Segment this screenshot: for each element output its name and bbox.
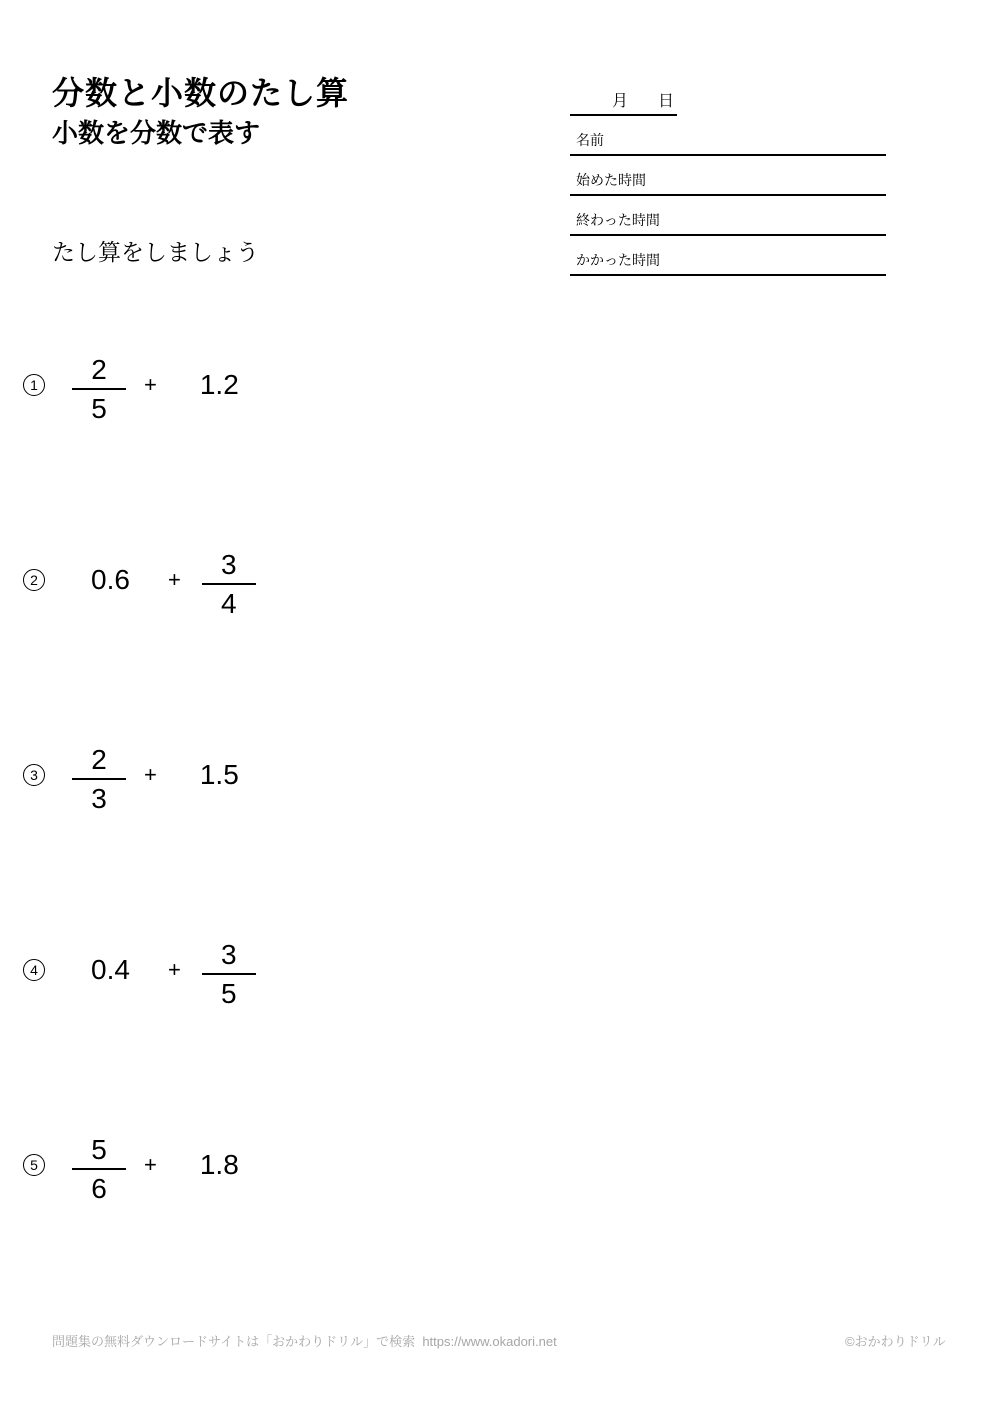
problem-number: 3: [30, 768, 38, 782]
fraction-denominator: 5: [202, 973, 256, 1008]
problem-number: 1: [30, 378, 38, 392]
name-field: 名前: [570, 116, 886, 156]
problem-number: 2: [30, 573, 38, 587]
end-time-label: 終わった時間: [576, 213, 660, 227]
fraction-denominator: 4: [202, 583, 256, 618]
fraction-operand: 2 5: [72, 356, 126, 423]
name-form: 月 日 名前 始めた時間 終わった時間 かかった時間: [570, 86, 886, 276]
decimal-operand: 1.8: [200, 1151, 239, 1179]
fraction-numerator: 5: [72, 1136, 126, 1168]
plus-operator: +: [144, 764, 157, 786]
elapsed-time-field: かかった時間: [570, 236, 886, 276]
name-field-label: 名前: [576, 133, 604, 147]
problem-row-3: 3 2 3 + 1.5: [0, 740, 239, 810]
fraction-operand: 2 3: [72, 746, 126, 813]
page-title: 分数と小数のたし算: [52, 76, 349, 111]
plus-operator: +: [168, 959, 181, 981]
fraction-operand: 5 6: [72, 1136, 126, 1203]
elapsed-time-label: かかった時間: [576, 253, 660, 267]
month-label: 月: [612, 94, 628, 110]
problem-number: 5: [30, 1158, 38, 1172]
fraction-numerator: 3: [202, 551, 256, 583]
fraction-numerator: 2: [72, 746, 126, 778]
plus-operator: +: [144, 1154, 157, 1176]
problem-number-badge: 5: [23, 1154, 45, 1176]
instruction-text: たし算をしましょう: [52, 239, 259, 267]
problem-number-badge: 4: [23, 959, 45, 981]
date-field: 月 日: [570, 86, 677, 116]
plus-operator: +: [168, 569, 181, 591]
start-time-label: 始めた時間: [576, 173, 646, 187]
footer-copyright: ©おかわりドリル: [845, 1334, 946, 1350]
fraction-operand: 3 5: [202, 941, 256, 1008]
decimal-operand: 1.5: [200, 761, 239, 789]
fraction-operand: 3 4: [202, 551, 256, 618]
decimal-operand: 0.6: [91, 566, 130, 594]
problem-number: 4: [30, 963, 38, 977]
worksheet-page: 分数と小数のたし算 小数を分数で表す 月 日 名前 始めた時間 終わった時間 か…: [0, 0, 1000, 1415]
problem-row-5: 5 5 6 + 1.8: [0, 1130, 239, 1200]
problem-row-1: 1 2 5 + 1.2: [0, 350, 239, 420]
problem-row-4: 4 0.4 + 3 5: [0, 935, 256, 1005]
fraction-denominator: 3: [72, 778, 126, 813]
problem-number-badge: 3: [23, 764, 45, 786]
plus-operator: +: [144, 374, 157, 396]
fraction-numerator: 2: [72, 356, 126, 388]
page-subtitle: 小数を分数で表す: [52, 119, 260, 148]
problem-number-badge: 1: [23, 374, 45, 396]
decimal-operand: 1.2: [200, 371, 239, 399]
fraction-denominator: 5: [72, 388, 126, 423]
decimal-operand: 0.4: [91, 956, 130, 984]
footer-site-note: 問題集の無料ダウンロードサイトは「おかわりドリル」で検索 https://www…: [52, 1334, 557, 1350]
start-time-field: 始めた時間: [570, 156, 886, 196]
fraction-denominator: 6: [72, 1168, 126, 1203]
problem-number-badge: 2: [23, 569, 45, 591]
fraction-numerator: 3: [202, 941, 256, 973]
problem-row-2: 2 0.6 + 3 4: [0, 545, 256, 615]
day-label: 日: [658, 94, 674, 110]
end-time-field: 終わった時間: [570, 196, 886, 236]
